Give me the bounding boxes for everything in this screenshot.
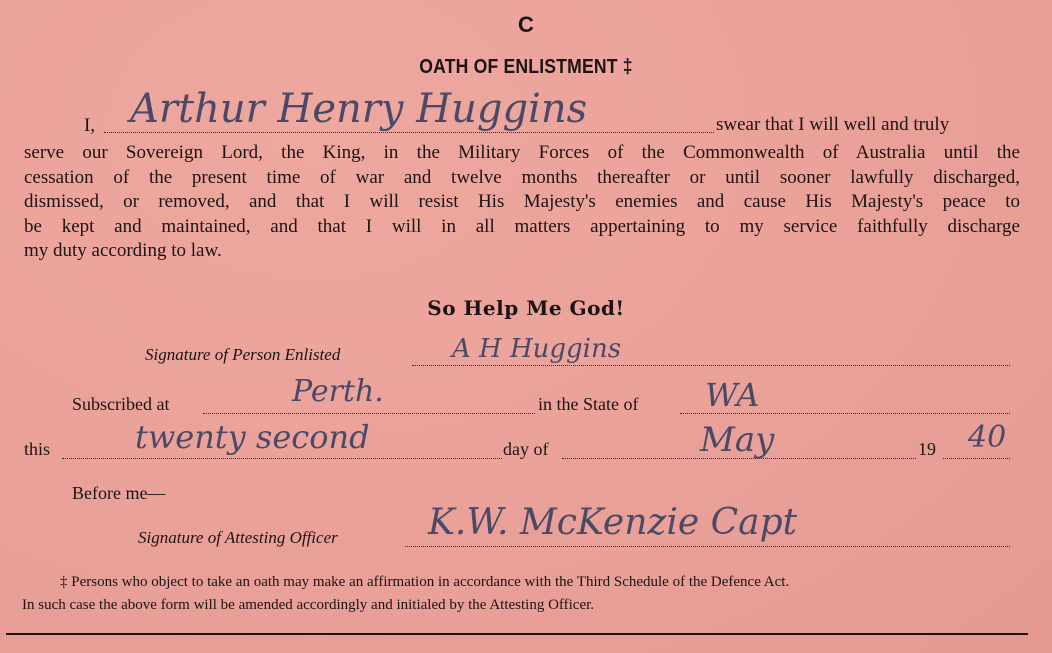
subscribed-at-value: Perth. (292, 374, 384, 409)
signature-person-line (412, 365, 1010, 366)
signature-person-label: Signature of Person Enlisted (145, 345, 340, 365)
oath-line-1: serve our Sovereign Lord, the King, in t… (24, 141, 1020, 166)
footnote-line-2: In such case the above form will be amen… (22, 597, 1012, 614)
oath-prefix: I, (84, 115, 95, 137)
section-letter: C (0, 12, 1052, 38)
oath-line-5: my duty according to law. (24, 239, 1020, 264)
subscribed-at-label: Subscribed at (72, 394, 169, 415)
attesting-officer-line (405, 546, 1010, 547)
form-title: OATH OF ENLISTMENT ‡ (63, 56, 989, 79)
signature-person-value: A H Huggins (452, 334, 621, 364)
before-me-label: Before me— (72, 483, 165, 504)
enlistment-form-page: C OATH OF ENLISTMENT ‡ I, Arthur Henry H… (0, 0, 1052, 653)
oath-line-2: cessation of the present time of war and… (24, 166, 1020, 191)
footnote-line-1: ‡ Persons who object to take an oath may… (60, 574, 1050, 591)
subscribed-at-line (203, 413, 535, 414)
month-value: May (700, 420, 774, 460)
name-field-line (104, 132, 714, 133)
attesting-officer-signature: K.W. McKenzie Capt (428, 502, 797, 543)
year-value: 40 (968, 420, 1006, 455)
enlistee-name-handwritten: Arthur Henry Huggins (130, 86, 587, 132)
year-prefix: 19 (918, 439, 936, 460)
day-value: twenty second (135, 418, 370, 456)
state-value: WA (705, 376, 759, 414)
day-line (62, 458, 502, 459)
oath-body: serve our Sovereign Lord, the King, in t… (24, 141, 1020, 264)
bottom-rule (6, 633, 1028, 635)
oath-line-0: swear that I will well and truly (716, 114, 949, 136)
oath-line-4: be kept and maintained, and that I will … (24, 215, 1020, 240)
attesting-officer-label: Signature of Attesting Officer (138, 528, 338, 548)
day-of-label: day of (503, 439, 548, 460)
oath-line-3: dismissed, or removed, and that I will r… (24, 190, 1020, 215)
year-line (943, 458, 1010, 459)
closing-phrase: So Help Me God! (0, 296, 1052, 320)
state-label: in the State of (538, 394, 638, 415)
this-label: this (24, 439, 50, 460)
